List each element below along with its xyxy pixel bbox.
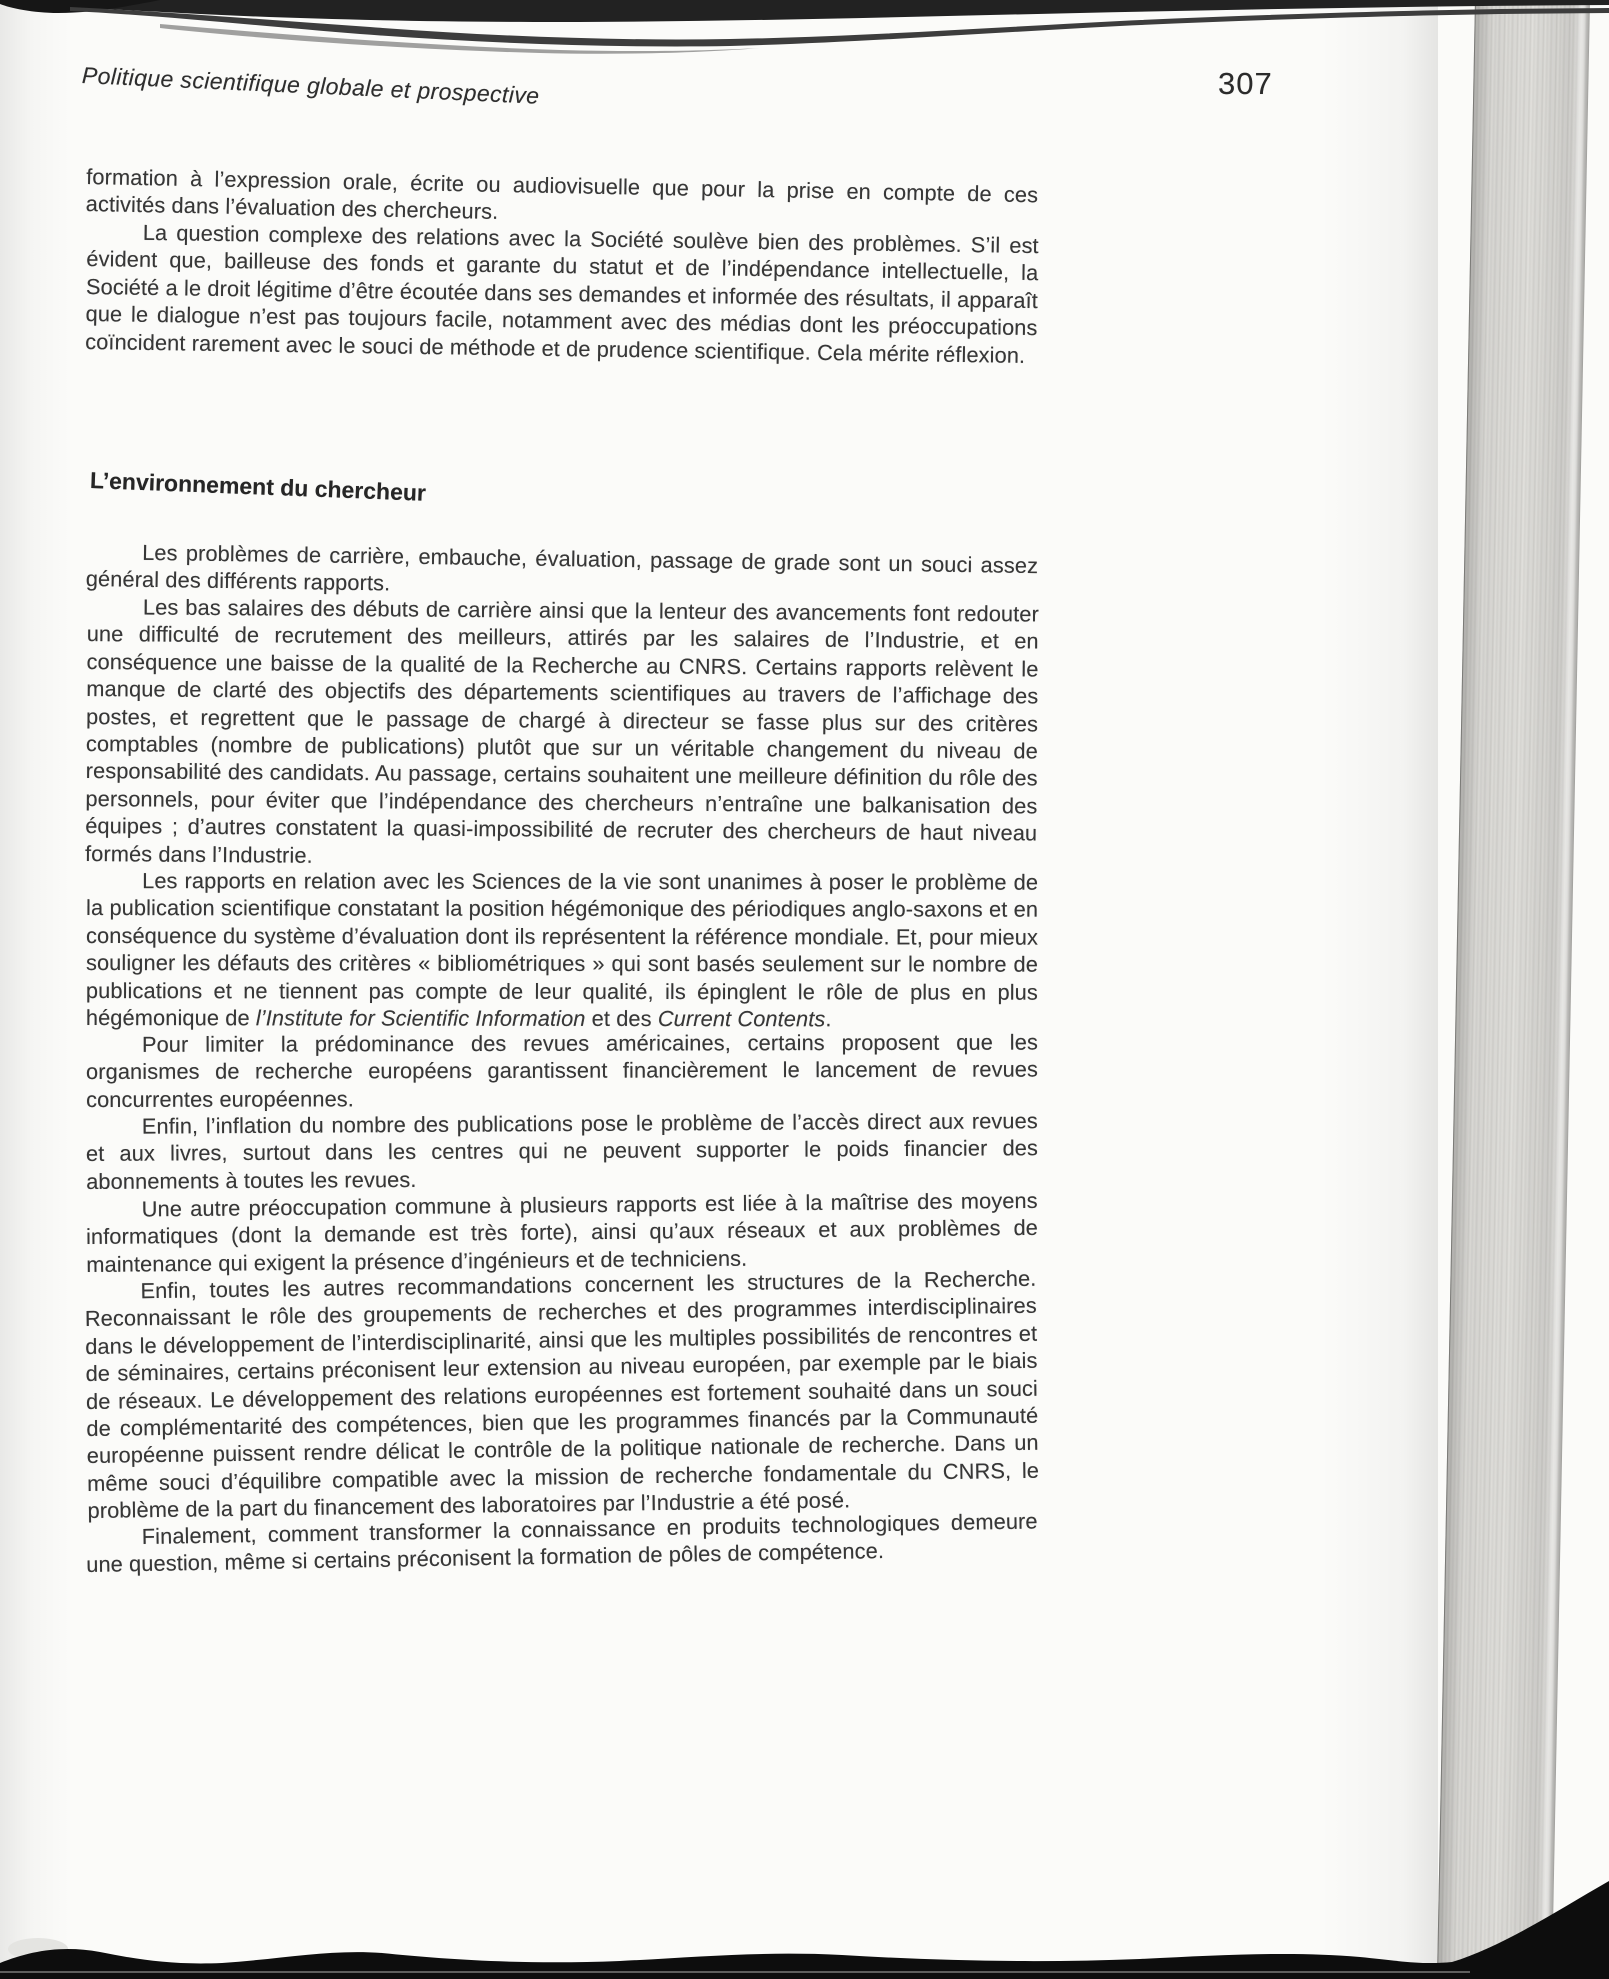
- running-header: Politique scientifique globale et prospe…: [81, 62, 801, 122]
- section-heading: L’environnement du chercheur: [89, 467, 1037, 530]
- paragraph: Enfin, toutes les autres recommandations…: [84, 1265, 1039, 1525]
- paragraphs-top: formation à l’expression orale, écrite o…: [86, 163, 1038, 355]
- text-run: formation à l’expression orale, écrite o…: [86, 164, 1039, 224]
- page-content: Politique scientifique globale et prospe…: [0, 0, 1609, 1979]
- book-bottom-edge: [0, 1879, 1609, 1979]
- paragraph: Une autre préoccupation commune à plusie…: [86, 1186, 1039, 1277]
- page-number: 307: [1218, 66, 1273, 102]
- text-run: La question complexe des relations avec …: [85, 220, 1039, 368]
- text-run: Une autre préoccupation commune à plusie…: [86, 1187, 1038, 1276]
- text-run: .: [825, 1006, 831, 1031]
- paragraph: La question complexe des relations avec …: [85, 218, 1039, 369]
- text-run: et des: [586, 1006, 658, 1031]
- paragraph: Les rapports en relation avec les Scienc…: [86, 867, 1038, 1033]
- paragraph: Pour limiter la prédominance des revues …: [86, 1029, 1038, 1114]
- text-run: Enfin, l’inflation du nombre des publica…: [86, 1109, 1038, 1195]
- text-run: Les problèmes de carrière, embauche, éva…: [86, 540, 1039, 596]
- text-run: Current Contents: [658, 1006, 826, 1031]
- paragraph: Les bas salaires des débuts de carrière …: [85, 593, 1039, 875]
- text-run: Enfin, toutes les autres recommandations…: [85, 1266, 1040, 1524]
- text-run: Les bas salaires des débuts de carrière …: [85, 594, 1039, 867]
- book-top-edge: [0, 0, 1609, 56]
- text-run: Pour limiter la prédominance des revues …: [86, 1030, 1038, 1112]
- book-page-scan: Politique scientifique globale et prospe…: [0, 0, 1609, 1979]
- paragraphs-bottom: Les problèmes de carrière, embauche, éva…: [86, 538, 1038, 1579]
- body-text: formation à l’expression orale, écrite o…: [86, 163, 1038, 1579]
- text-run: l’Institute for Scientific Information: [256, 1005, 586, 1031]
- paragraph: Enfin, l’inflation du nombre des publica…: [86, 1108, 1038, 1196]
